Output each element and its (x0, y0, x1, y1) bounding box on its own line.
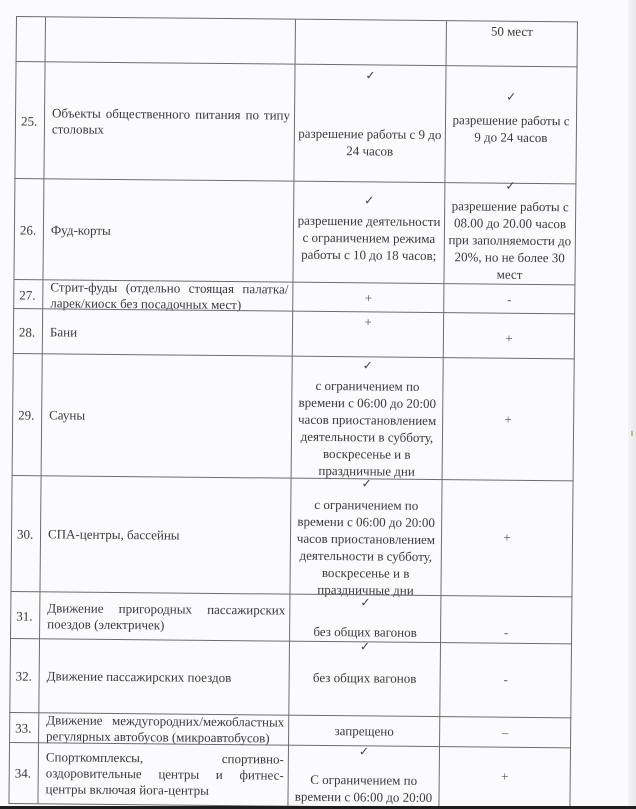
plus-sign: + (442, 528, 572, 546)
condition-cell-col3: ✓ С ограничением по времени с 06:00 до 2… (287, 746, 439, 807)
condition-cell-col3: + (292, 312, 443, 358)
condition-text: с ограничением по времени с 06:00 до 20:… (294, 377, 441, 480)
row-number-cell: 32. (9, 639, 39, 713)
row-number: 31. (16, 607, 32, 624)
row-number: 32. (16, 668, 32, 685)
object-name: Движение пригородных пассажирских поездо… (47, 600, 285, 634)
condition-text: с ограничением по времени с 06:00 до 20:… (292, 496, 439, 599)
object-name-cell: Стрит-фуды (отдельно стоящая палатка/лар… (42, 280, 292, 311)
row-number-cell: 28. (13, 309, 42, 354)
condition-text: разрешение деятельности с ограничением р… (296, 212, 442, 264)
row-number-cell: 27. (13, 280, 42, 309)
condition-text: без общих вагонов (292, 623, 438, 641)
object-name: Бани (50, 324, 288, 342)
checkmark-icon: ✓ (290, 596, 440, 609)
table-row: 34. Спорткомплексы, спортивно-оздоровите… (8, 742, 571, 809)
object-name-cell: Движение пригородных пассажирских поездо… (39, 592, 289, 641)
table-row: 30. СПА-центры, бассейны ✓ с ограничение… (10, 475, 573, 597)
condition-cell-col4: + (443, 313, 575, 359)
minus-sign: - (444, 290, 574, 308)
row-number-cell: 25. (14, 62, 44, 179)
checkmark-icon: ✓ (291, 477, 441, 490)
condition-cell-col4: - (440, 596, 572, 644)
object-name-cell: Спорткомплексы, спортивно-оздоровительны… (37, 743, 288, 805)
condition-cell-col4: - (439, 643, 572, 718)
condition-cell-col3: ✓ без общих вагонов (289, 595, 440, 643)
object-name-cell: Сауны (41, 354, 292, 478)
condition-cell-col4: + (440, 480, 573, 597)
row-number: 27. (19, 286, 35, 303)
condition-cell-col3: + (292, 283, 443, 313)
condition-text: запрещено (291, 722, 437, 740)
scan-speck (631, 431, 633, 436)
dash-sign: – (440, 723, 570, 741)
table-row: 50 мест (16, 16, 578, 67)
minus-sign: - (441, 623, 571, 641)
object-name: Фуд-корты (51, 222, 289, 240)
table-row: 26. Фуд-корты ✓ разрешение деятельности … (13, 178, 576, 285)
object-name: Сауны (49, 407, 287, 425)
checkmark-icon: ✓ (445, 179, 575, 192)
condition-cell-col3: ✓ с ограничением по времени с 06:00 до 2… (289, 479, 441, 596)
condition-cell-col4: + (438, 747, 571, 808)
checkmark-icon: ✓ (293, 359, 443, 372)
table-row: 29. Сауны ✓ с ограничением по времени с … (12, 353, 575, 481)
table-row: 25. Объекты общественного питания по тип… (14, 61, 577, 184)
row-number-cell: 33. (9, 713, 38, 743)
row-number-cell: 31. (10, 592, 39, 639)
row-number: 33. (15, 720, 31, 737)
row-number: 30. (17, 526, 33, 543)
plus-sign: + (440, 767, 570, 785)
checkmark-icon: ✓ (294, 194, 444, 207)
row-number: 26. (20, 221, 36, 238)
object-name: Движение междугородних/межобластных регу… (46, 712, 284, 746)
checkmark-icon: ✓ (295, 69, 445, 82)
checkmark-icon: ✓ (290, 640, 440, 653)
condition-text: без общих вагонов (292, 669, 438, 687)
condition-cell-col4: - (443, 284, 575, 314)
plus-sign: + (443, 410, 573, 428)
object-name-cell (45, 17, 295, 64)
condition-cell-col4: ✓ разрешение работы с 9 до 24 часов (444, 66, 577, 184)
object-name-cell: СПА-центры, бассейны (39, 476, 290, 594)
condition-text: С ограничением по времени с 06:00 до 20:… (290, 771, 436, 806)
checkmark-icon: ✓ (446, 90, 576, 103)
object-name-cell: Объекты общественного питания по типу ст… (43, 62, 294, 181)
condition-text: разрешение работы с 08.00 до 20.00 часов… (446, 197, 573, 283)
restrictions-table: 50 мест 25. Объекты общественного питани… (8, 16, 578, 807)
row-number-cell: 26. (13, 179, 43, 280)
condition-cell-col3 (295, 20, 446, 66)
checkmark-icon: ✓ (289, 745, 439, 758)
object-name-cell: Движение междугородних/межобластных регу… (38, 713, 288, 745)
condition-cell-col4: – (439, 717, 571, 748)
table-row: 28. Бани + + (13, 308, 575, 359)
table-row: 31. Движение пригородных пассажирских по… (10, 591, 572, 644)
condition-cell-col3: запрещено (288, 716, 439, 747)
row-number: 25. (21, 112, 37, 129)
row-number-cell: 30. (10, 476, 40, 592)
condition-cell-col3: ✓ разрешение деятельности с ограничением… (292, 182, 444, 284)
row-number: 29. (18, 407, 34, 424)
condition-cell-col3: ✓ с ограничением по времени с 06:00 до 2… (291, 357, 443, 480)
object-name: Объекты общественного питания по типу ст… (52, 105, 290, 139)
row-number: 34. (15, 765, 31, 782)
condition-text: разрешение работы с 9 до 24 часов (448, 111, 574, 146)
plus-sign: + (293, 289, 443, 307)
condition-cell-col3: ✓ разрешение работы с 9 до 24 часов (293, 65, 445, 183)
condition-text: разрешение работы с 9 до 24 часов (297, 125, 443, 160)
row-number-cell: 29. (12, 354, 42, 476)
page-edge-shadow (628, 0, 636, 809)
plus-sign: + (444, 329, 574, 347)
condition-cell-col4: ✓ разрешение работы с 08.00 до 20.00 час… (443, 183, 576, 285)
table-row: 32. Движение пассажирских поездов ✓ без … (9, 638, 572, 718)
object-name (53, 40, 291, 42)
minus-sign: - (441, 670, 571, 688)
plus-sign: + (293, 313, 443, 331)
condition-cell-col3: ✓ без общих вагонов (288, 642, 440, 717)
row-number-cell (16, 17, 45, 62)
condition-text: 50 мест (449, 22, 575, 40)
row-number-cell: 34. (8, 743, 38, 803)
object-name: Движение пассажирских поездов (47, 668, 285, 686)
object-name-cell: Движение пассажирских поездов (38, 639, 289, 715)
object-name-cell: Бани (42, 309, 292, 356)
row-number: 28. (19, 323, 35, 340)
object-name: Спорткомплексы, спортивно-оздоровительны… (46, 749, 284, 799)
object-name: СПА-центры, бассейны (48, 526, 286, 544)
object-name-cell: Фуд-корты (42, 179, 293, 282)
condition-cell-col4: + (442, 358, 575, 481)
condition-cell-col4: 50 мест (446, 21, 578, 67)
